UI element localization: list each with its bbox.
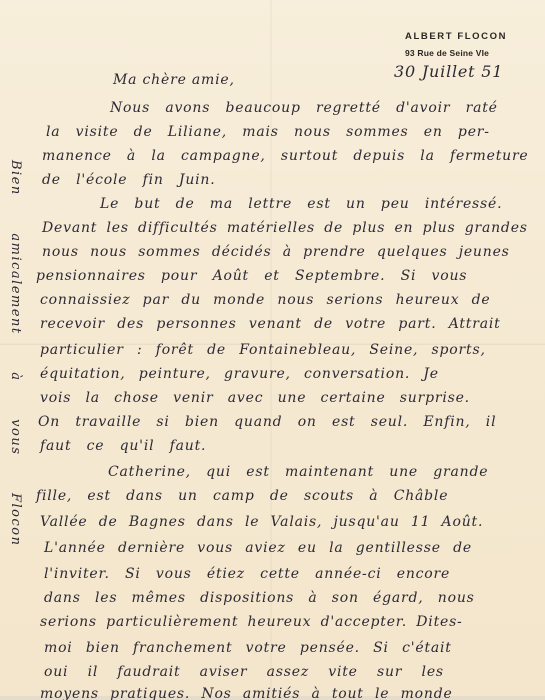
letter-page: ALBERT FLOCON 93 Rue de Seine VIe 30 Jui… [0,0,545,700]
body-line: Devant les difficultés matérielles de pl… [42,220,528,236]
body-line: moi bien franchement votre pensée. Si c'… [44,640,452,656]
body-line: moyens pratiques. Nos amitiés à tout le … [40,686,453,700]
letterhead-address: 93 Rue de Seine VIe [405,48,531,58]
body-line: fille, est dans un camp de scouts à Châb… [36,488,448,504]
body-line: dans les mêmes dispositions à son égard,… [44,590,475,606]
body-line: Catherine, qui est maintenant une grande [108,464,488,480]
body-line: l'inviter. Si vous étiez cette année-ci … [44,566,450,582]
body-line: pensionnaires pour Août et Septembre. Si… [36,268,467,284]
body-line: particulier : forêt de Fontainebleau, Se… [40,342,486,358]
body-line: faut ce qu'il faut. [40,438,206,454]
body-line: Nous avons beaucoup regretté d'avoir rat… [110,100,498,116]
letter-date: 30 Juillet 51 [394,62,503,81]
body-line: oui il faudrait aviser assez vite sur le… [44,664,444,680]
body-line: la visite de Liliane, mais nous sommes e… [46,124,490,140]
body-line: recevoir des personnes venant de votre p… [40,316,501,332]
body-line: vois la chose venir avec une certaine su… [40,390,470,406]
body-line: de l'école fin Juin. [42,172,216,188]
body-line: L'année dernière vous aviez eu la gentil… [44,540,472,556]
body-line: Le but de ma lettre est un peu intéressé… [100,196,502,212]
body-line: équitation, peinture, gravure, conversat… [40,366,439,382]
body-line: nous nous sommes décidés à prendre quelq… [42,244,510,260]
letterhead: ALBERT FLOCON 93 Rue de Seine VIe [405,31,531,58]
salutation: Ma chère amie, [113,72,235,88]
letterhead-name: ALBERT FLOCON [405,31,531,42]
body-line: On travaille si bien quand on est seul. … [38,414,496,430]
body-line: connaissiez par du monde nous serions he… [40,292,491,308]
body-line: Vallée de Bagnes dans le Valais, jusqu'a… [40,514,483,530]
body-line: manence à la campagne, surtout depuis la… [42,148,529,164]
body-line: serions particulièrement heureux d'accep… [40,614,463,630]
margin-signature-note: Bien amicalement à vous Flocon [8,160,23,547]
